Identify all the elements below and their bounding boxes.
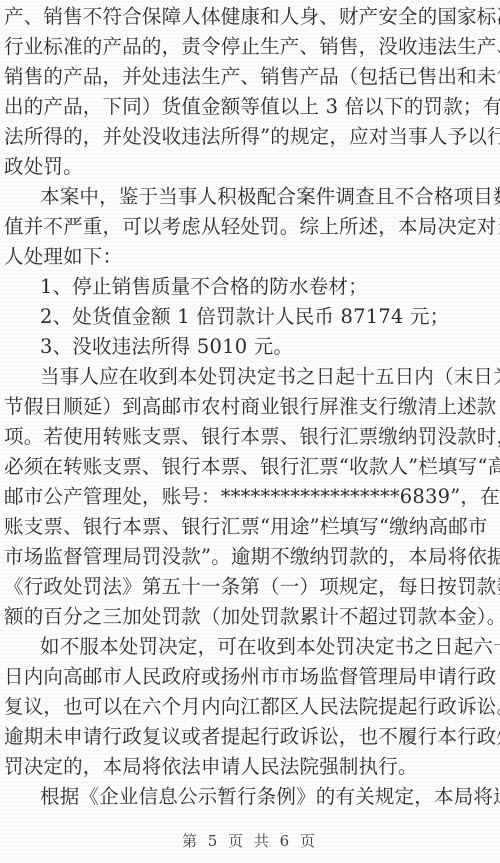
doc-line: 逾期未申请行政复议或者提起行政诉讼，也不履行本行政处 xyxy=(4,722,496,752)
page-footer: 第 5 页 共 6 页 xyxy=(0,830,500,851)
doc-line: 值并不严重，可以考虑从轻处罚。综上所述，本局决定对当事 xyxy=(4,212,496,242)
document-page: 产、销售不符合保障人体健康和人身、财产安全的国家标准、 行业标准的产品的，责令停… xyxy=(0,0,500,863)
doc-line-account-number: 邮市公产管理处，账号：******************6839”，在转 xyxy=(4,482,496,512)
doc-line: 复议，也可以在六个月内向江都区人民法院提起行政诉讼。 xyxy=(4,692,496,722)
doc-line-paragraph-start: 根据《企业信息公示暂行条例》的有关规定，本局将通 xyxy=(4,782,496,812)
doc-line: 产、销售不符合保障人体健康和人身、财产安全的国家标准、 xyxy=(4,2,496,32)
doc-line: 法所得的，并处没收违法所得”的规定，应对当事人予以行 xyxy=(4,122,496,152)
doc-line: 账支票、银行本票、银行汇票“用途”栏填写“缴纳高邮市 xyxy=(4,512,496,542)
doc-line: 节假日顺延）到高邮市农村商业银行屏淮支行缴清上述款 xyxy=(4,392,496,422)
doc-line: 必须在转账支票、银行本票、银行汇票“收款人”栏填写“高 xyxy=(4,452,496,482)
doc-line-paragraph-start: 本案中，鉴于当事人积极配合案件调查且不合格项目数 xyxy=(4,182,496,212)
doc-line-list-item-3: 3、没收违法所得 5010 元。 xyxy=(4,332,496,362)
doc-line-paragraph-start: 当事人应在收到本处罚决定书之日起十五日内（末日为 xyxy=(4,362,496,392)
doc-line: 罚决定的，本局将依法申请人民法院强制执行。 xyxy=(4,752,496,782)
doc-line: 出的产品，下同）货值金额等值以上 3 倍以下的罚款；有违 xyxy=(4,92,496,122)
doc-line: 行业标准的产品的，责令停止生产、销售，没收违法生产、 xyxy=(4,32,496,62)
doc-line: 《行政处罚法》第五十一条第（一）项规定，每日按罚款数 xyxy=(4,572,496,602)
doc-line: 项。若使用转账支票、银行本票、银行汇票缴纳罚没款时， xyxy=(4,422,496,452)
document-body: 产、销售不符合保障人体健康和人身、财产安全的国家标准、 行业标准的产品的，责令停… xyxy=(4,2,496,812)
doc-line: 额的百分之三加处罚款（加处罚款累计不超过罚款本金）。 xyxy=(4,602,496,632)
doc-line-list-item-1: 1、停止销售质量不合格的防水卷材； xyxy=(4,272,496,302)
doc-line: 市场监督管理局罚没款”。逾期不缴纳罚款的，本局将依据 xyxy=(4,542,496,572)
doc-line: 销售的产品，并处违法生产、销售产品（包括已售出和未售 xyxy=(4,62,496,92)
doc-line-list-item-2: 2、处货值金额 1 倍罚款计人民币 87174 元； xyxy=(4,302,496,332)
doc-line-paragraph-start: 如不服本处罚决定，可在收到本处罚决定书之日起六十 xyxy=(4,632,496,662)
doc-line: 人处理如下： xyxy=(4,242,496,272)
doc-line: 政处罚。 xyxy=(4,152,496,182)
doc-line: 日内向高邮市人民政府或扬州市市场监督管理局申请行政 xyxy=(4,662,496,692)
